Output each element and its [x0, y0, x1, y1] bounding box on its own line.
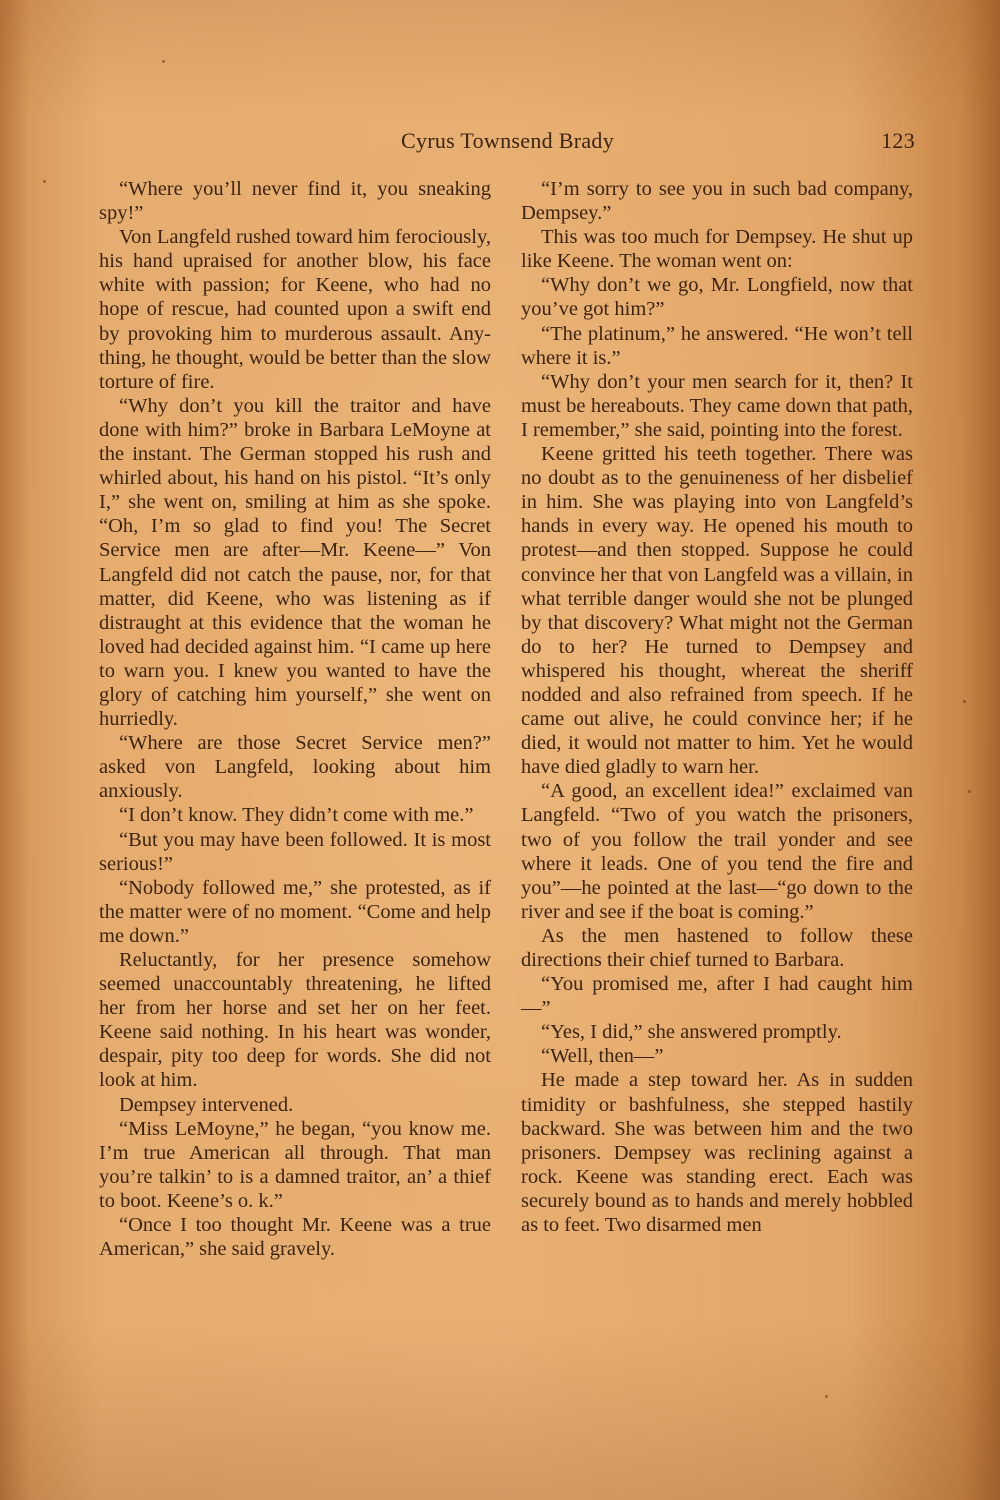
paragraph: Von Langfeld rushed toward him ferocious… [99, 225, 491, 394]
paragraph: “Yes, I did,” she answered promptly. [521, 1020, 913, 1044]
paragraph: “I don’t know. They didn’t come with me.… [99, 803, 491, 827]
paragraph: “Where you’ll never find it, you sneak­i… [99, 177, 491, 225]
paragraph: “Where are those Secret Service men?” as… [99, 731, 491, 803]
paragraph: “But you may have been followed. It is m… [99, 828, 491, 876]
book-page: Cyrus Townsend Brady 123 “Where you’ll n… [0, 0, 1000, 1500]
paper-speck [963, 700, 966, 703]
running-title: Cyrus Townsend Brady [100, 128, 915, 154]
paragraph: “The platinum,” he answered. “He won’t t… [521, 322, 913, 370]
paragraph: “A good, an excellent idea!” exclaimed v… [521, 779, 913, 924]
right-column: “I’m sorry to see you in such bad com­pa… [521, 177, 913, 1237]
paper-speck [43, 180, 46, 183]
paper-speck [825, 1395, 828, 1398]
paragraph: “Why don’t you kill the traitor and have… [99, 394, 491, 731]
paragraph: “Why don’t we go, Mr. Longfield, now tha… [521, 273, 913, 321]
paragraph: This was too much for Dempsey. He shut u… [521, 225, 913, 273]
paragraph: He made a step toward her. As in sudden … [521, 1068, 913, 1237]
paper-speck [968, 790, 971, 793]
paragraph: Reluctantly, for her presence some­how s… [99, 948, 491, 1093]
page-number: 123 [881, 128, 915, 154]
paragraph: Keene gritted his teeth together. There … [521, 442, 913, 779]
paper-speck [162, 60, 165, 63]
paragraph: “I’m sorry to see you in such bad com­pa… [521, 177, 913, 225]
paragraph: “You promised me, after I had caught him… [521, 972, 913, 1020]
paragraph: “Miss LeMoyne,” he began, “you know me. … [99, 1117, 491, 1213]
paragraph: “Once I too thought Mr. Keene was a true… [99, 1213, 491, 1261]
running-head: Cyrus Townsend Brady 123 [100, 128, 915, 158]
paragraph: Dempsey intervened. [99, 1093, 491, 1117]
paragraph: As the men hastened to follow these dire… [521, 924, 913, 972]
paragraph: “Nobody followed me,” she protested, as … [99, 876, 491, 948]
left-column: “Where you’ll never find it, you sneak­i… [99, 177, 491, 1261]
paragraph: “Well, then—” [521, 1044, 913, 1068]
paragraph: “Why don’t your men search for it, then?… [521, 370, 913, 442]
